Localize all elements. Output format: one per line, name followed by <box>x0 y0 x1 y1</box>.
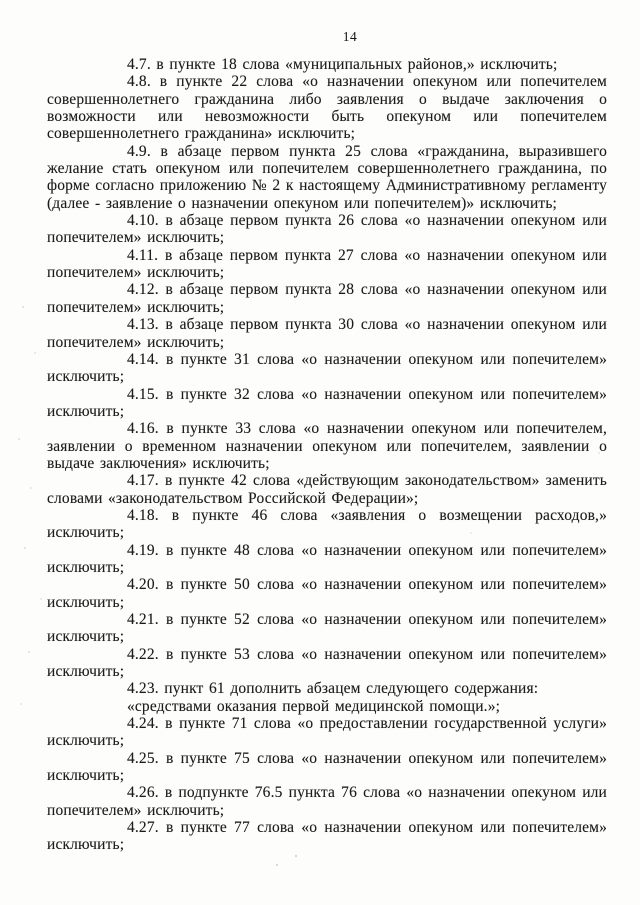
paragraph: 4.20. в пункте 50 слова «о назначении оп… <box>47 576 607 611</box>
paragraph: «средствами оказания первой медицинской … <box>47 698 607 715</box>
paragraph: 4.14. в пункте 31 слова «о назначении оп… <box>47 351 607 386</box>
paragraph: 4.25. в пункте 75 слова «о назначении оп… <box>47 750 607 785</box>
paragraph: 4.21. в пункте 52 слова «о назначении оп… <box>47 611 607 646</box>
paragraph: 4.19. в пункте 48 слова «о назначении оп… <box>47 542 607 577</box>
paragraph: 4.17. в пункте 42 слова «действующим зак… <box>47 472 607 507</box>
paragraph: 4.24. в пункте 71 слова «о предоставлени… <box>47 715 607 750</box>
document-page: 14 4.7. в пункте 18 слова «муниципальных… <box>0 0 640 905</box>
paragraph: 4.27. в пункте 77 слова «о назначении оп… <box>47 819 607 854</box>
paragraph: 4.10. в абзаце первом пункта 26 слова «о… <box>47 212 607 247</box>
paragraph: 4.8. в пункте 22 слова «о назначении опе… <box>47 73 607 142</box>
paragraph: 4.11. в абзаце первом пункта 27 слова «о… <box>47 247 607 282</box>
scan-noise-specks <box>0 0 2 2</box>
paragraph: 4.18. в пункте 46 слова «заявления о воз… <box>47 507 607 542</box>
paragraph: 4.12. в абзаце первом пункта 28 слова «о… <box>47 281 607 316</box>
paragraph: 4.15. в пункте 32 слова «о назначении оп… <box>47 386 607 421</box>
paragraph: 4.22. в пункте 53 слова «о назначении оп… <box>47 646 607 681</box>
paragraph: 4.13. в абзаце первом пункта 30 слова «о… <box>47 316 607 351</box>
paragraph: 4.23. пункт 61 дополнить абзацем следующ… <box>47 680 607 697</box>
paragraph: 4.26. в подпункте 76.5 пункта 76 слова «… <box>47 784 607 819</box>
paragraph: 4.9. в абзаце первом пункта 25 слова «гр… <box>47 143 607 212</box>
paragraph: 4.16. в пункте 33 слова «о назначении оп… <box>47 420 607 472</box>
document-body: 4.7. в пункте 18 слова «муниципальных ра… <box>47 56 607 854</box>
page-number: 14 <box>0 29 640 45</box>
paragraph: 4.7. в пункте 18 слова «муниципальных ра… <box>47 56 607 73</box>
